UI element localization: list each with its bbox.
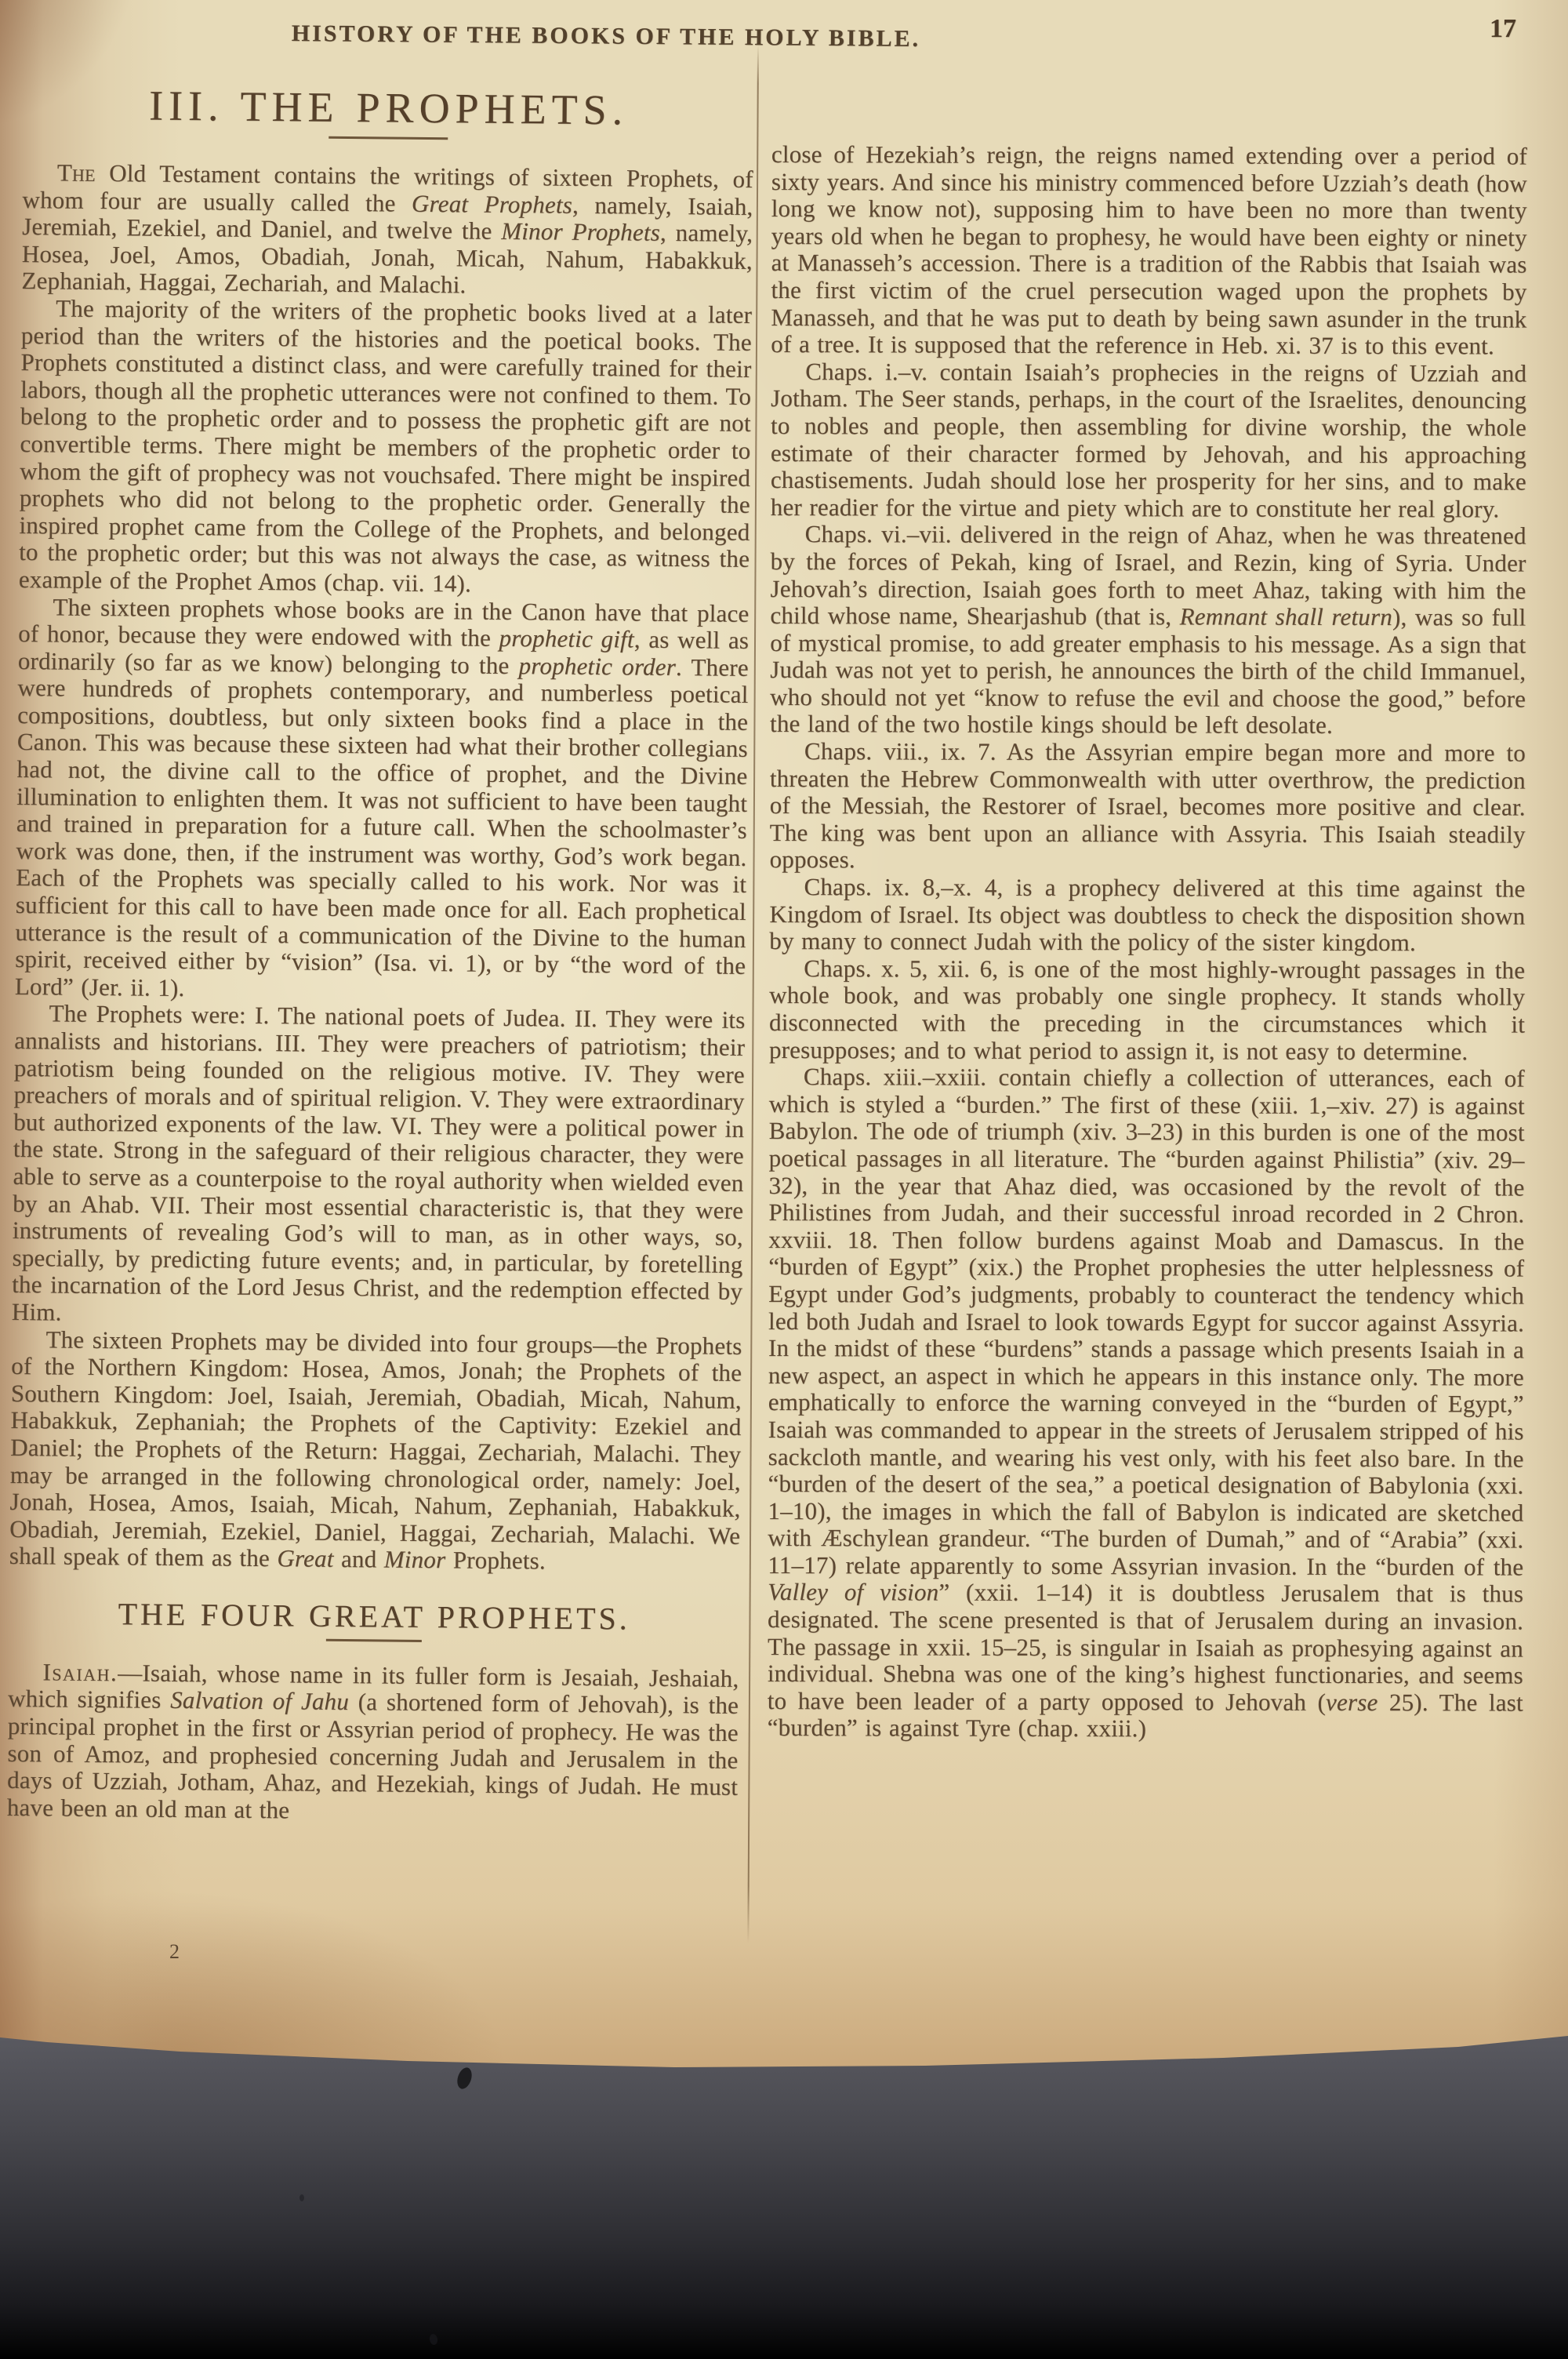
running-header: HISTORY OF THE BOOKS OF THE HOLY BIBLE. <box>292 20 921 53</box>
paragraph: The majority of the writers of the proph… <box>19 295 753 600</box>
book-page: HISTORY OF THE BOOKS OF THE HOLY BIBLE. … <box>0 0 1568 2072</box>
paragraph: The sixteen prophets whose books are in … <box>15 593 750 1007</box>
signature-mark: 2 <box>169 1940 180 1964</box>
paragraph: The Prophets were: I. The national poets… <box>12 1000 746 1332</box>
page-number: 17 <box>1490 14 1516 44</box>
subsection-heading: THE FOUR GREAT PROPHETS. <box>9 1594 739 1640</box>
paragraph: Chaps. x. 5, xii. 6, is one of the most … <box>769 955 1525 1066</box>
subheading-rule <box>326 1639 422 1642</box>
paragraph: Chaps. vi.–vii. delivered in the reign o… <box>770 521 1526 740</box>
right-column: close of Hezekiah’s reign, the reigns na… <box>768 141 1527 1744</box>
paragraph: Chaps. viii., ix. 7. As the Assyrian emp… <box>770 738 1526 875</box>
paragraph: Isaiah.—Isaiah, whose name in its fuller… <box>7 1659 739 1828</box>
section-title: III. THE PROPHETS. <box>23 80 754 136</box>
title-rule <box>328 136 448 140</box>
dust-speck <box>299 2194 304 2201</box>
paragraph: The Old Testament contains the writings … <box>21 159 753 302</box>
left-column: III. THE PROPHETS. The Old Testament con… <box>7 77 754 1828</box>
paragraph: Chaps. xiii.–xxiii. contain chiefly a co… <box>768 1063 1525 1743</box>
paragraph: Chaps. i.–v. contain Isaiah’s prophecies… <box>771 358 1527 523</box>
paragraph: close of Hezekiah’s reign, the reigns na… <box>771 141 1527 360</box>
paragraph: The sixteen Prophets may be divided into… <box>9 1325 742 1576</box>
paragraph: Chaps. ix. 8,–x. 4, is a prophecy delive… <box>769 874 1525 957</box>
